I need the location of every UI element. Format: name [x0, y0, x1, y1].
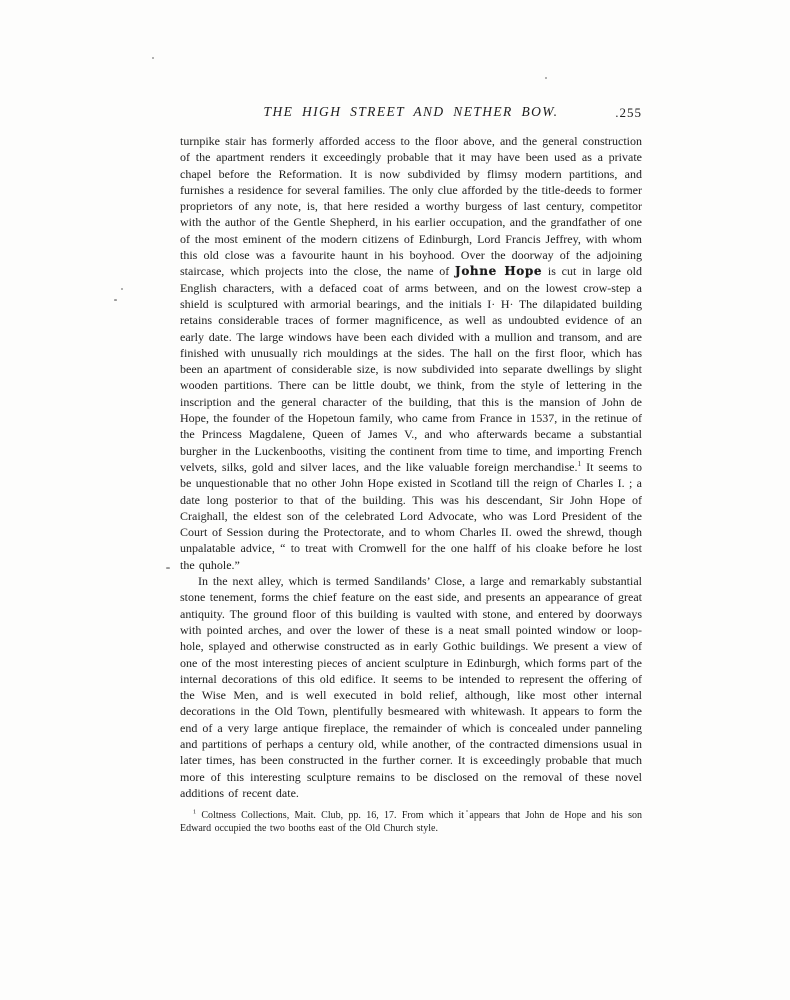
scan-speck — [114, 299, 117, 301]
body-text: turnpike stair has formerly afforded acc… — [180, 133, 642, 801]
scan-speck — [152, 57, 154, 59]
scan-speck — [545, 77, 547, 79]
footnote-text: Coltness Collections, Mait. Club, pp. 16… — [180, 810, 642, 834]
scan-speck — [121, 288, 123, 290]
text-run: It seems to be unquestionable that no ot… — [180, 460, 642, 572]
paragraph: In the next alley, which is termed Sandi… — [180, 573, 642, 801]
text-run: In the next alley, which is termed Sandi… — [180, 574, 642, 800]
footnote: 1 Coltness Collections, Mait. Club, pp. … — [180, 809, 642, 835]
text-run: turnpike stair has formerly afforded acc… — [180, 134, 642, 278]
page-title: THE HIGH STREET AND NETHER BOW. — [264, 104, 559, 119]
running-head: THE HIGH STREET AND NETHER BOW. .255 — [180, 104, 642, 120]
paragraph: turnpike stair has formerly afforded acc… — [180, 133, 642, 573]
blackletter-name: Johne Hope — [455, 264, 542, 278]
text-column: THE HIGH STREET AND NETHER BOW. .255 tur… — [180, 104, 642, 835]
text-run: is cut in large old English characters, … — [180, 264, 642, 474]
scan-speck — [166, 567, 170, 569]
page-number: .255 — [615, 105, 642, 121]
book-page: THE HIGH STREET AND NETHER BOW. .255 tur… — [0, 0, 790, 1000]
